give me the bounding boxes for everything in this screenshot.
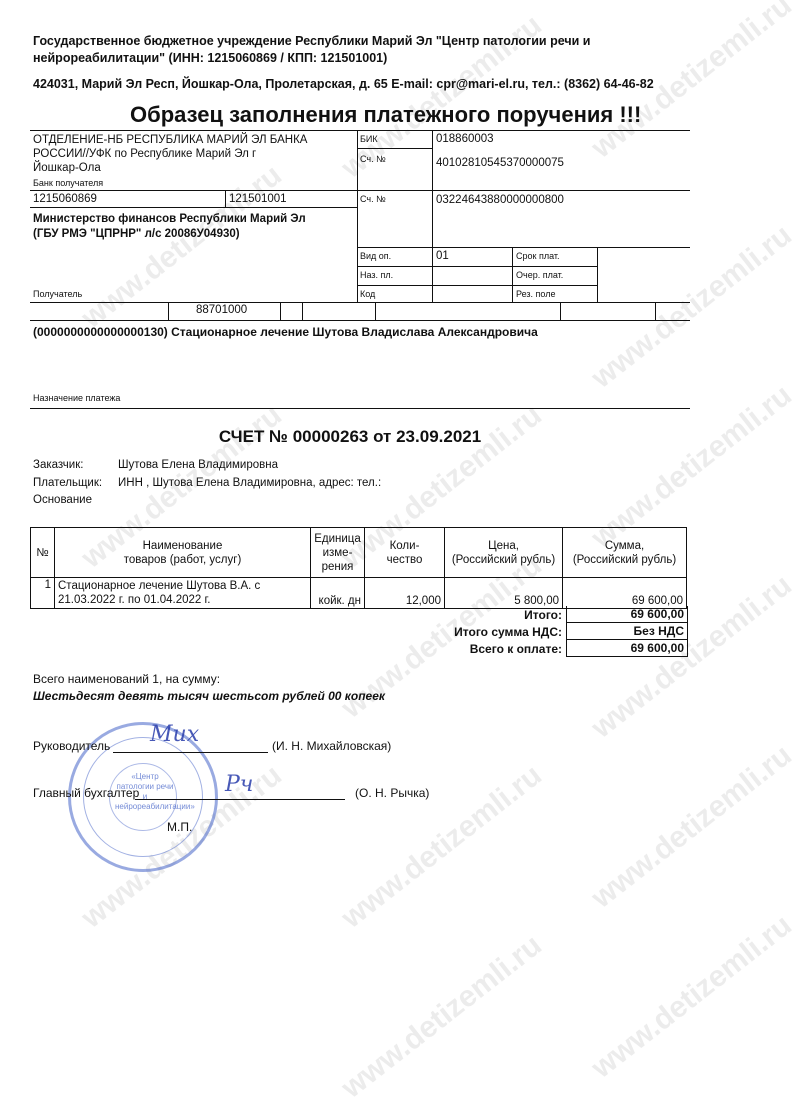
- watermark: www.detizemli.ru: [585, 739, 798, 916]
- items-count: Всего наименований 1, на сумму:: [33, 672, 220, 686]
- inn-value: 1215060869: [33, 193, 97, 205]
- accountant-signature: Рч: [225, 772, 254, 797]
- organization-name: Государственное бюджетное учреждение Рес…: [33, 33, 653, 67]
- director-label: Руководитель: [33, 739, 110, 753]
- col-sum: Сумма, (Российский рубль): [563, 528, 687, 578]
- totals: Итого:69 600,00 Итого сумма НДС:Без НДС …: [380, 606, 688, 657]
- items-table: № Наименование товаров (работ, услуг) Ед…: [30, 527, 687, 609]
- kpp-value: 121501001: [229, 193, 287, 205]
- col-qty: Коли- чество: [365, 528, 445, 578]
- invoice-title: СЧЕТ № 00000263 от 23.09.2021: [0, 427, 700, 447]
- ocher-label: Очер. плат.: [516, 270, 563, 280]
- oktmo-value: 88701000: [196, 304, 247, 316]
- director-signature: Мих: [150, 722, 199, 747]
- grand-total-row: Всего к оплате:69 600,00: [380, 640, 688, 657]
- customer-label: Заказчик:: [33, 459, 83, 471]
- naz-pl-label: Наз. пл.: [360, 270, 393, 280]
- rez-label: Рез. поле: [516, 289, 555, 299]
- page-title: Образец заполнения платежного поручения …: [130, 102, 641, 128]
- account1-value: 40102810545370000075: [436, 157, 564, 169]
- table-header-row: № Наименование товаров (работ, услуг) Ед…: [31, 528, 687, 578]
- account2-label: Сч. №: [360, 194, 386, 204]
- accountant-label: Главный бухгалтер: [33, 786, 139, 800]
- amount-in-words: Шестьдесят девять тысяч шестьсот рублей …: [33, 689, 385, 703]
- srok-label: Срок плат.: [516, 251, 560, 261]
- payer-value: ИНН , Шутова Елена Владимировна, адрес: …: [118, 477, 381, 489]
- account2-value: 03224643880000000800: [436, 194, 564, 206]
- recipient-name: Министерство финансов Республики Марий Э…: [33, 212, 306, 242]
- col-no: №: [31, 528, 55, 578]
- customer-value: Шутова Елена Владимировна: [118, 459, 278, 471]
- basis-label: Основание: [33, 494, 92, 506]
- accountant-name: (О. Н. Рычка): [355, 786, 429, 800]
- purpose-label: Назначение платежа: [33, 393, 120, 403]
- stamp-label: М.П.: [167, 820, 192, 834]
- vid-op-label: Вид оп.: [360, 251, 391, 261]
- watermark: www.detizemli.ru: [335, 929, 548, 1099]
- bank-name: ОТДЕЛЕНИЕ-НБ РЕСПУБЛИКА МАРИЙ ЭЛ БАНКА Р…: [33, 133, 307, 175]
- total-row: Итого:69 600,00: [380, 606, 688, 623]
- watermark: www.detizemli.ru: [585, 909, 798, 1086]
- vid-op-value: 01: [436, 250, 449, 262]
- account1-label: Сч. №: [360, 154, 386, 164]
- payer-label: Плательщик:: [33, 477, 102, 489]
- payment-purpose: (0000000000000000130) Стационарное лечен…: [33, 325, 538, 339]
- kod-label: Код: [360, 289, 375, 299]
- col-name: Наименование товаров (работ, услуг): [55, 528, 311, 578]
- table-row: 1 Стационарное лечение Шутова В.А. с 21.…: [31, 578, 687, 609]
- vat-row: Итого сумма НДС:Без НДС: [380, 623, 688, 640]
- organization-address: 424031, Марий Эл Респ, Йошкар-Ола, Проле…: [33, 77, 654, 91]
- watermark: www.detizemli.ru: [585, 219, 798, 396]
- col-unit: Единица изме- рения: [311, 528, 365, 578]
- director-name: (И. Н. Михайловская): [272, 739, 391, 753]
- bik-value: 018860003: [436, 133, 494, 145]
- bik-label: БИК: [360, 134, 378, 144]
- recipient-label: Получатель: [33, 289, 82, 299]
- watermark: www.detizemli.ru: [75, 159, 288, 336]
- col-price: Цена, (Российский рубль): [445, 528, 563, 578]
- bank-label: Банк получателя: [33, 178, 103, 188]
